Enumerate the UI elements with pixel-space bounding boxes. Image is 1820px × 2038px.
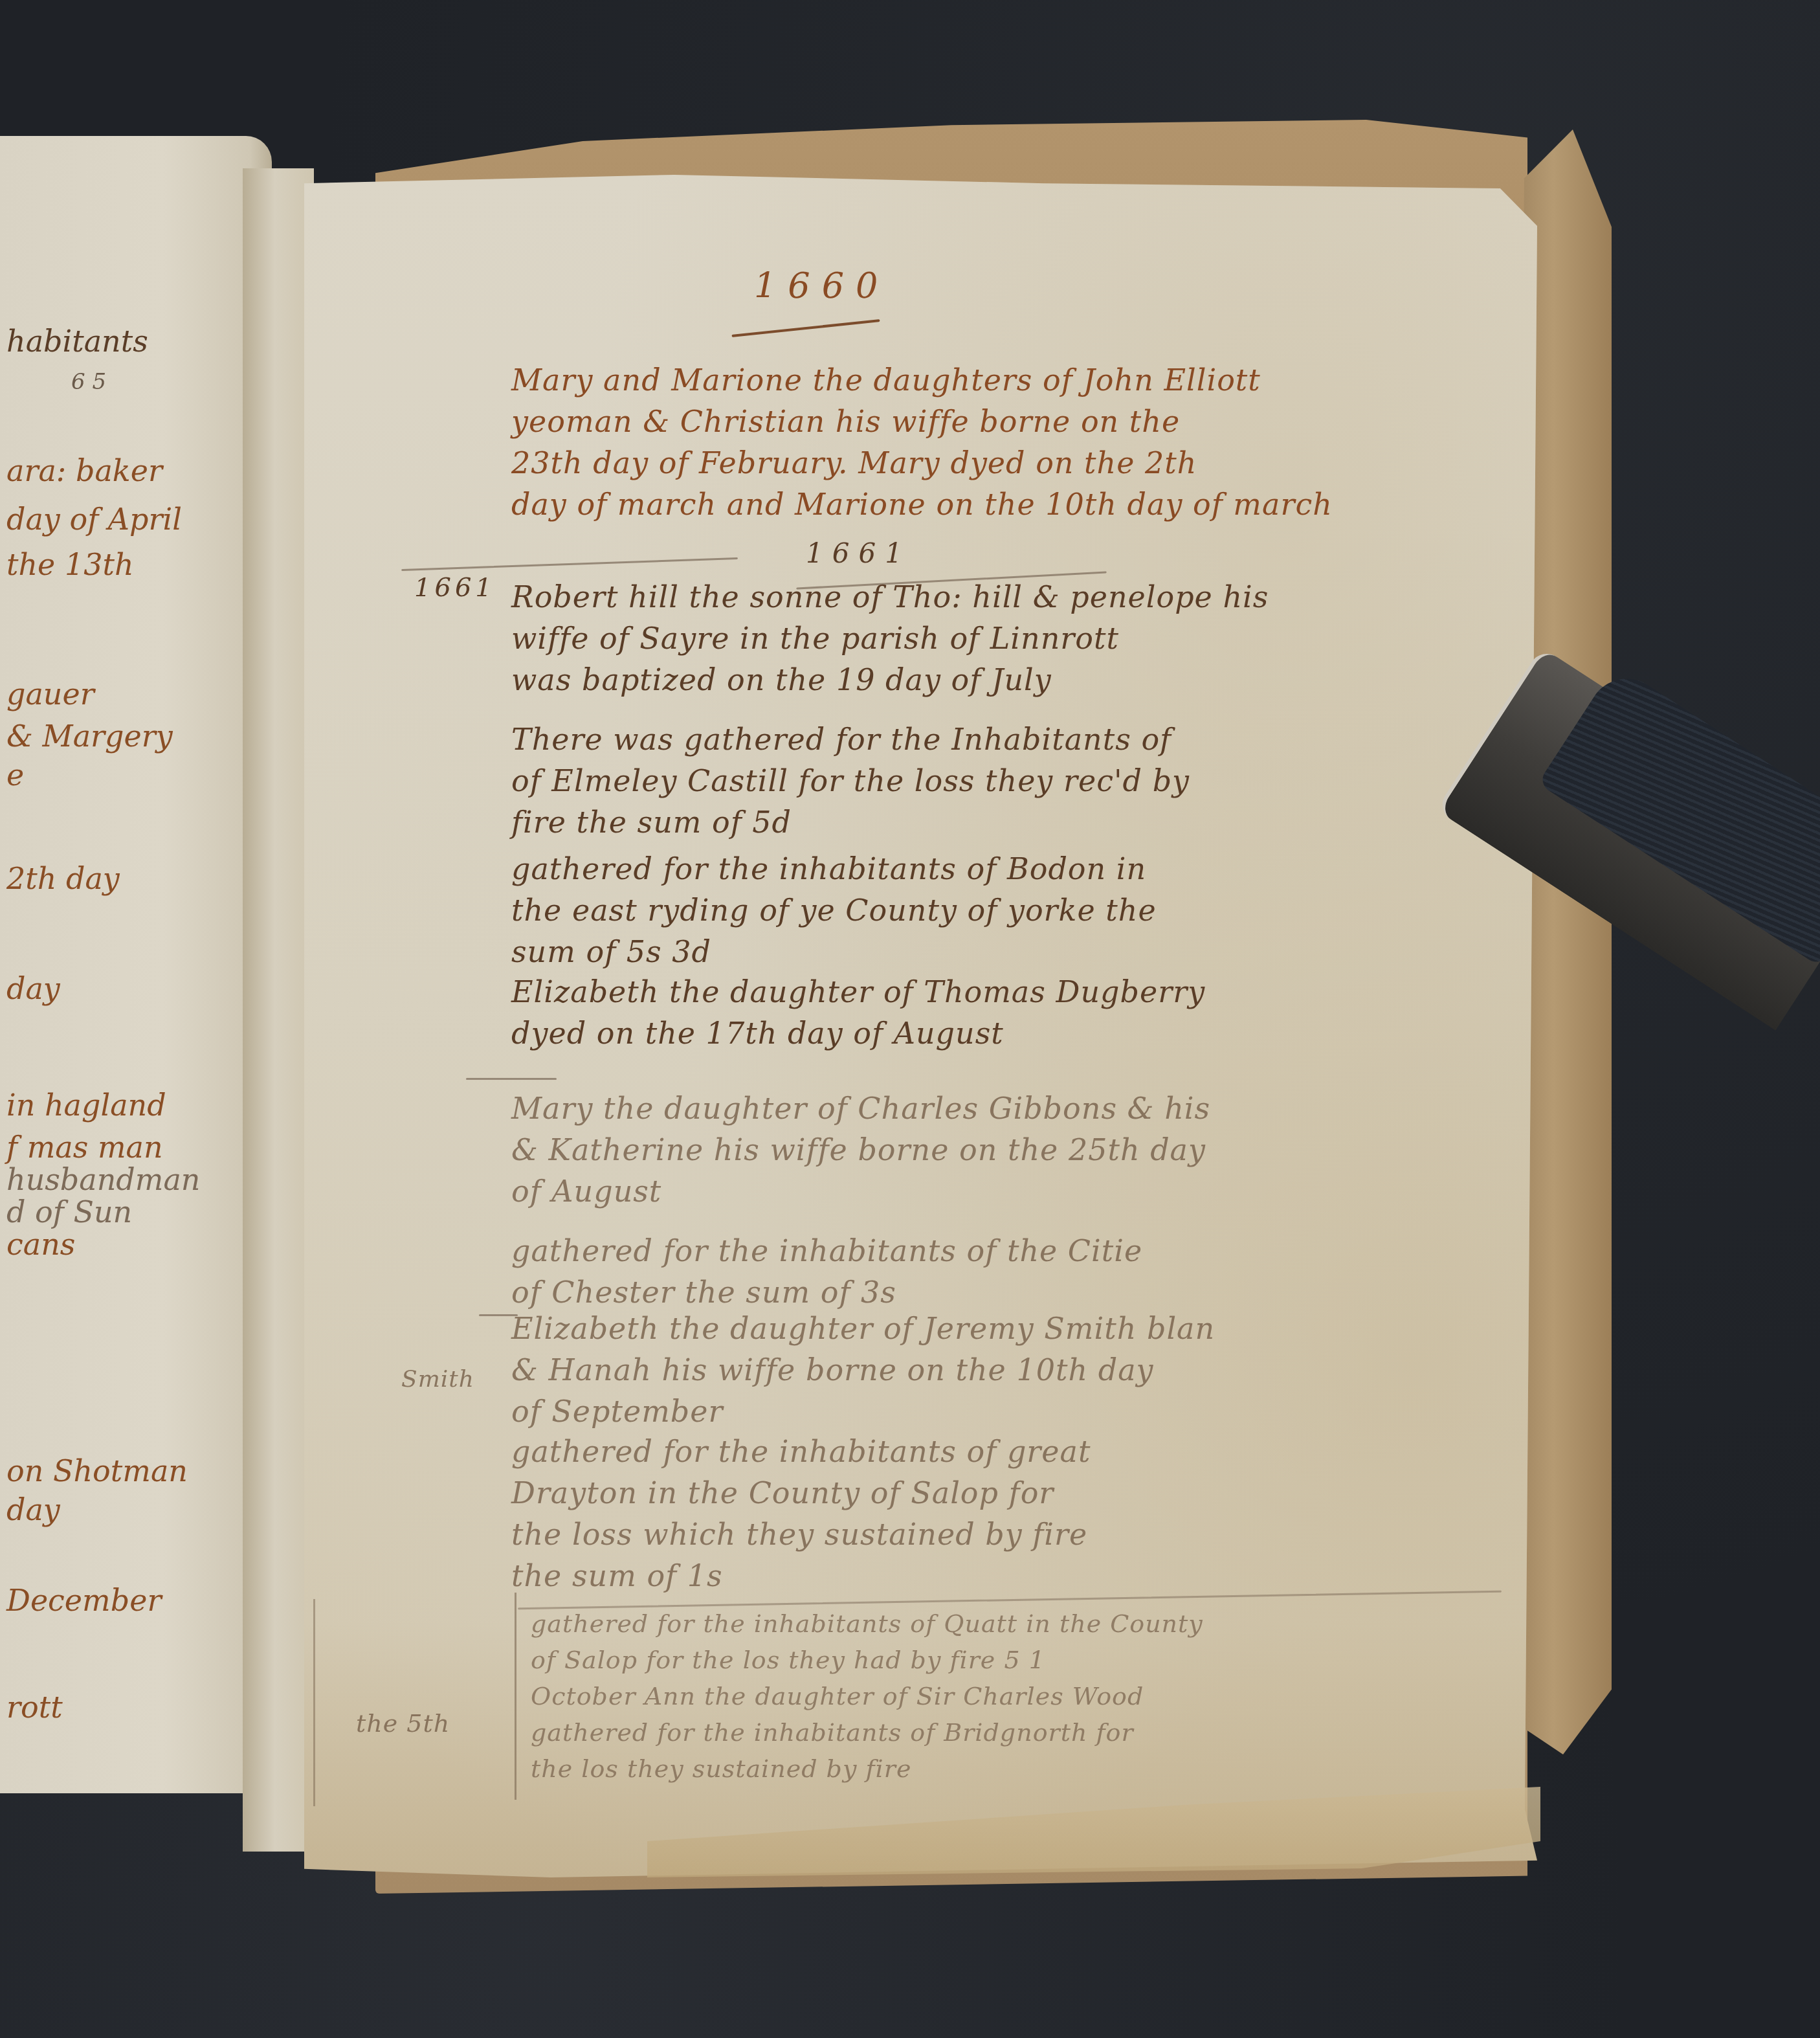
entry-elizabeth-dugberry: Elizabeth the daughter of Thomas Dugberr… <box>511 971 1205 1054</box>
left-fragment: rott <box>6 1690 63 1725</box>
left-fragment: ara: baker <box>6 453 162 488</box>
left-fragment: gauer <box>6 677 94 711</box>
entry-line: of September <box>511 1391 1215 1432</box>
margin-rule <box>313 1599 315 1806</box>
entry-line: Drayton in the County of Salop for <box>511 1472 1091 1514</box>
entry-line: Mary and Marione the daughters of John E… <box>511 359 1333 401</box>
entry-line: day of march and Marione on the 10th day… <box>511 484 1333 525</box>
entry-line: of Elmeley Castill for the loss they rec… <box>511 760 1190 801</box>
entry-line: gathered for the inhabitants of the Citi… <box>511 1230 1142 1271</box>
entry-line: gathered for the inhabitants of Quatt in… <box>531 1606 1203 1642</box>
entry-line: wiffe of Sayre in the parish of Linnrott <box>511 618 1269 659</box>
left-page <box>0 136 272 1793</box>
left-fragment: day <box>6 1492 60 1527</box>
entry-line: gathered for the inhabitants of great <box>511 1431 1091 1472</box>
entry-bottom-block: gathered for the inhabitants of Quatt in… <box>531 1606 1203 1787</box>
left-fragment: the 13th <box>6 547 134 582</box>
left-fragment: & Margery <box>6 719 173 754</box>
left-fragment: day of April <box>6 502 182 537</box>
book-gutter <box>243 168 314 1852</box>
left-fragment: 6 5 <box>71 369 106 395</box>
entry-collection-elmley-castle: There was gathered for the Inhabitants o… <box>511 719 1190 843</box>
entry-line: gathered for the inhabitants of Bridgnor… <box>531 1714 1203 1751</box>
entry-line: of Salop for the los they had by fire 5 … <box>531 1642 1203 1678</box>
entry-collection-chester: gathered for the inhabitants of the Citi… <box>511 1230 1142 1313</box>
entry-line: the east ryding of ye County of yorke th… <box>511 890 1157 931</box>
entry-line: of August <box>511 1170 1210 1212</box>
entry-mary-gibbons: Mary the daughter of Charles Gibbons & h… <box>511 1088 1210 1212</box>
margin-note-smith: Smith <box>401 1366 474 1393</box>
entry-line: gathered for the inhabitants of Bodon in <box>511 848 1157 890</box>
entry-line: of Chester the sum of 3s <box>511 1271 1142 1313</box>
margin-rule <box>515 1593 516 1800</box>
entry-collection-drayton: gathered for the inhabitants of great Dr… <box>511 1431 1091 1596</box>
entry-robert-hill-baptism: Robert hill the sonne of Tho: hill & pen… <box>511 576 1269 700</box>
entry-line: the sum of 1s <box>511 1555 1091 1596</box>
left-fragment: cans <box>6 1227 75 1262</box>
entry-line: was baptized on the 19 day of July <box>511 659 1269 700</box>
year-heading-1661: 1661 <box>806 537 911 569</box>
entry-line: There was gathered for the Inhabitants o… <box>511 719 1190 760</box>
entry-line: Elizabeth the daughter of Jeremy Smith b… <box>511 1308 1215 1349</box>
left-fragment: 2th day <box>6 861 120 896</box>
left-fragment: on Shotman <box>6 1453 188 1488</box>
left-fragment: f mas man <box>6 1130 163 1165</box>
left-fragment: e <box>6 757 24 792</box>
section-rule <box>466 1078 557 1080</box>
entry-line: Mary the daughter of Charles Gibbons & h… <box>511 1088 1210 1129</box>
entry-elliott-daughters: Mary and Marione the daughters of John E… <box>511 359 1333 525</box>
entry-line: & Hanah his wiffe borne on the 10th day <box>511 1349 1215 1391</box>
margin-year: 1661 <box>414 573 496 603</box>
entry-line: the loss which they sustained by fire <box>511 1514 1091 1555</box>
entry-line: sum of 5s 3d <box>511 931 1157 972</box>
left-fragment: husbandman <box>6 1162 200 1197</box>
entry-line: & Katherine his wiffe borne on the 25th … <box>511 1129 1210 1170</box>
entry-line: fire the sum of 5d <box>511 801 1190 843</box>
margin-note-date: the 5th <box>356 1709 450 1738</box>
entry-line: yeoman & Christian his wiffe borne on th… <box>511 401 1333 442</box>
entry-elizabeth-smith: Elizabeth the daughter of Jeremy Smith b… <box>511 1308 1215 1432</box>
entry-line: 23th day of February. Mary dyed on the 2… <box>511 442 1333 484</box>
entry-line: Robert hill the sonne of Tho: hill & pen… <box>511 576 1269 618</box>
entry-line: the los they sustained by fire <box>531 1751 1203 1787</box>
year-heading-1660: 1660 <box>754 265 889 306</box>
left-fragment: d of Sun <box>6 1194 132 1229</box>
left-fragment: in hagland <box>6 1088 166 1123</box>
entry-line: Elizabeth the daughter of Thomas Dugberr… <box>511 971 1205 1013</box>
entry-line: October Ann the daughter of Sir Charles … <box>531 1678 1203 1714</box>
entry-collection-bodon: gathered for the inhabitants of Bodon in… <box>511 848 1157 972</box>
left-fragment: day <box>6 971 60 1006</box>
left-fragment: December <box>6 1583 161 1618</box>
entry-line: dyed on the 17th day of August <box>511 1013 1205 1054</box>
left-fragment: habitants <box>6 324 148 359</box>
